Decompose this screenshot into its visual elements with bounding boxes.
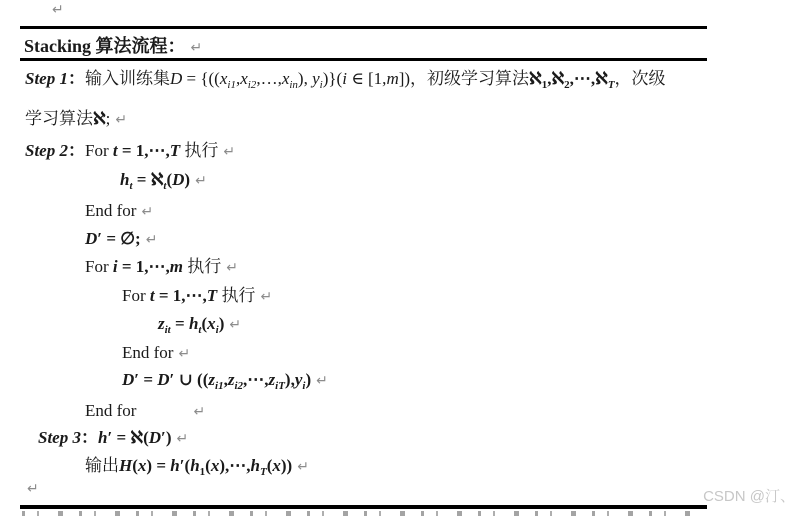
text-segment: ∪ ((: [174, 370, 208, 389]
text-segment: D: [122, 370, 134, 389]
algorithm-line: D′ = ∅;↵: [85, 226, 157, 253]
algorithm-line: D′ = D′ ∪ ((zi1,zi2,⋯,ziT),yi)↵: [122, 367, 328, 394]
text-segment: ]): [399, 69, 410, 88]
text-segment: ): [166, 428, 172, 447]
paragraph-mark-icon: ↵: [191, 40, 203, 56]
algorithm-line: For t = 1,⋯,T 执行↵: [122, 283, 272, 310]
text-segment: End for: [85, 401, 136, 420]
cropped-next-line: [22, 511, 704, 516]
text-segment: =: [182, 69, 200, 88]
text-segment: in: [289, 79, 298, 91]
text-segment: = 1,⋯,: [155, 286, 207, 305]
page-title: Stacking 算法流程：: [24, 36, 186, 56]
text-segment: ：: [68, 141, 85, 160]
text-segment: h: [170, 456, 179, 475]
text-segment: T: [170, 141, 180, 160]
text-segment: ,⋯,: [570, 69, 596, 88]
text-segment: ),: [298, 69, 312, 88]
text-segment: h: [189, 314, 198, 333]
text-segment: D: [85, 229, 97, 248]
paragraph-mark-icon: ↵: [177, 431, 189, 447]
paragraph-mark-icon: ↵: [52, 2, 64, 18]
text-segment: = 1,⋯,: [118, 257, 170, 276]
text-segment: ：: [81, 428, 98, 447]
text-segment: D: [172, 170, 184, 189]
algorithm-line: For i = 1,⋯,m 执行↵: [85, 254, 238, 281]
text-segment: =: [139, 370, 157, 389]
text-segment: h: [251, 456, 260, 475]
text-segment: ：: [68, 69, 85, 88]
text-segment: x: [207, 314, 216, 333]
text-segment: = ∅;: [102, 229, 141, 248]
algorithm-line: Step 2：For t = 1,⋯,T 执行↵: [25, 138, 235, 165]
paragraph-mark-icon: ↵: [229, 317, 241, 333]
text-segment: ) =: [146, 456, 170, 475]
paragraph-mark-icon: ↵: [195, 173, 207, 189]
text-segment: x: [272, 456, 281, 475]
algorithm-line: Step 1：输入训练集D = {((xi1,xi2,…,xin), yi)}(…: [25, 66, 666, 92]
algorithm-title-row: Stacking 算法流程：↵: [24, 32, 202, 58]
text-segment: ，次级: [615, 69, 666, 88]
text-segment: End for: [122, 343, 173, 362]
text-segment: For: [85, 257, 113, 276]
text-segment: 执行: [180, 141, 218, 160]
text-segment: i1: [227, 79, 236, 91]
paragraph-mark-icon: ↵: [193, 404, 205, 420]
text-segment: T: [207, 286, 217, 305]
text-segment: For: [122, 286, 150, 305]
document-page: ↵ Stacking 算法流程：↵ Step 1：输入训练集D = {((xi1…: [0, 0, 798, 517]
text-segment: ,…,: [256, 69, 282, 88]
text-segment: ℵ: [595, 69, 608, 88]
text-segment: 输入训练集: [85, 69, 170, 88]
csdn-watermark: CSDN @汀、: [703, 485, 795, 506]
text-segment: x: [240, 69, 248, 88]
text-segment: ℵ: [151, 170, 164, 189]
text-segment: =: [171, 314, 189, 333]
text-segment: y: [312, 69, 320, 88]
text-segment: )): [281, 456, 292, 475]
text-segment: ,⋯,: [243, 370, 269, 389]
text-segment: Step 2: [25, 141, 68, 160]
text-segment: ): [184, 170, 190, 189]
text-segment: 学习算法: [25, 109, 93, 128]
text-segment: ∈ [1,: [347, 69, 387, 88]
text-segment: ),⋯,: [219, 456, 250, 475]
algorithm-line: 学习算法ℵ;↵: [25, 106, 127, 133]
text-segment: )}: [323, 69, 337, 88]
text-segment: = 1,⋯,: [118, 141, 170, 160]
text-segment: m: [386, 69, 398, 88]
text-segment: 执行: [217, 286, 255, 305]
algorithm-line: ht = ℵt(D)↵: [120, 167, 207, 194]
text-segment: ): [305, 370, 311, 389]
text-segment: =: [133, 170, 151, 189]
text-segment: D: [149, 428, 161, 447]
algorithm-line: 输出H(x) = h′(h1(x),⋯,hT(x))↵: [85, 453, 309, 480]
text-segment: 输出: [85, 456, 119, 475]
text-segment: ℵ: [130, 428, 143, 447]
text-segment: z: [158, 314, 165, 333]
text-segment: ℵ: [529, 69, 542, 88]
paragraph-mark-icon: ↵: [260, 289, 272, 305]
text-segment: For: [85, 141, 113, 160]
table-header-border: [20, 58, 707, 61]
text-segment: End for: [85, 201, 136, 220]
algorithm-line: Step 3：h′ = ℵ(D′)↵: [38, 425, 188, 452]
algorithm-line: End for↵: [85, 398, 205, 425]
algorithm-line: zit = ht(xi)↵: [158, 311, 241, 338]
text-segment: {((: [200, 69, 219, 88]
paragraph-mark-icon: ↵: [27, 481, 39, 497]
text-segment: ℵ: [93, 109, 106, 128]
paragraph-mark-icon: ↵: [146, 232, 158, 248]
text-segment: 执行: [183, 257, 221, 276]
table-bottom-border: [20, 505, 707, 509]
algorithm-line: End for↵: [85, 198, 153, 225]
text-segment: m: [170, 257, 183, 276]
text-segment: H: [119, 456, 132, 475]
text-segment: iT: [275, 380, 285, 392]
text-segment: Step 1: [25, 69, 68, 88]
text-segment: =: [112, 428, 130, 447]
text-segment: h: [190, 456, 199, 475]
text-segment: T: [260, 466, 267, 478]
paragraph-mark-icon: ↵: [115, 112, 127, 128]
paragraph-mark-icon: ↵: [178, 346, 190, 362]
text-segment: ，初级学习算法: [410, 69, 529, 88]
text-segment: i2: [234, 380, 243, 392]
table-top-border: [20, 26, 707, 29]
text-segment: Step 3: [38, 428, 81, 447]
text-segment: i1: [215, 380, 224, 392]
algorithm-line: End for↵: [122, 340, 190, 367]
paragraph-mark-icon: ↵: [316, 373, 328, 389]
paragraph-mark-icon: ↵: [223, 144, 235, 160]
text-segment: ): [219, 314, 225, 333]
text-segment: ;: [106, 109, 111, 128]
text-segment: ℵ: [551, 69, 564, 88]
text-segment: T: [608, 79, 615, 91]
paragraph-mark-icon: ↵: [226, 260, 238, 276]
text-segment: ),: [285, 370, 295, 389]
paragraph-mark-icon: ↵: [141, 204, 153, 220]
text-segment: D: [157, 370, 169, 389]
paragraph-mark-icon: ↵: [297, 459, 309, 475]
text-segment: D: [170, 69, 182, 88]
